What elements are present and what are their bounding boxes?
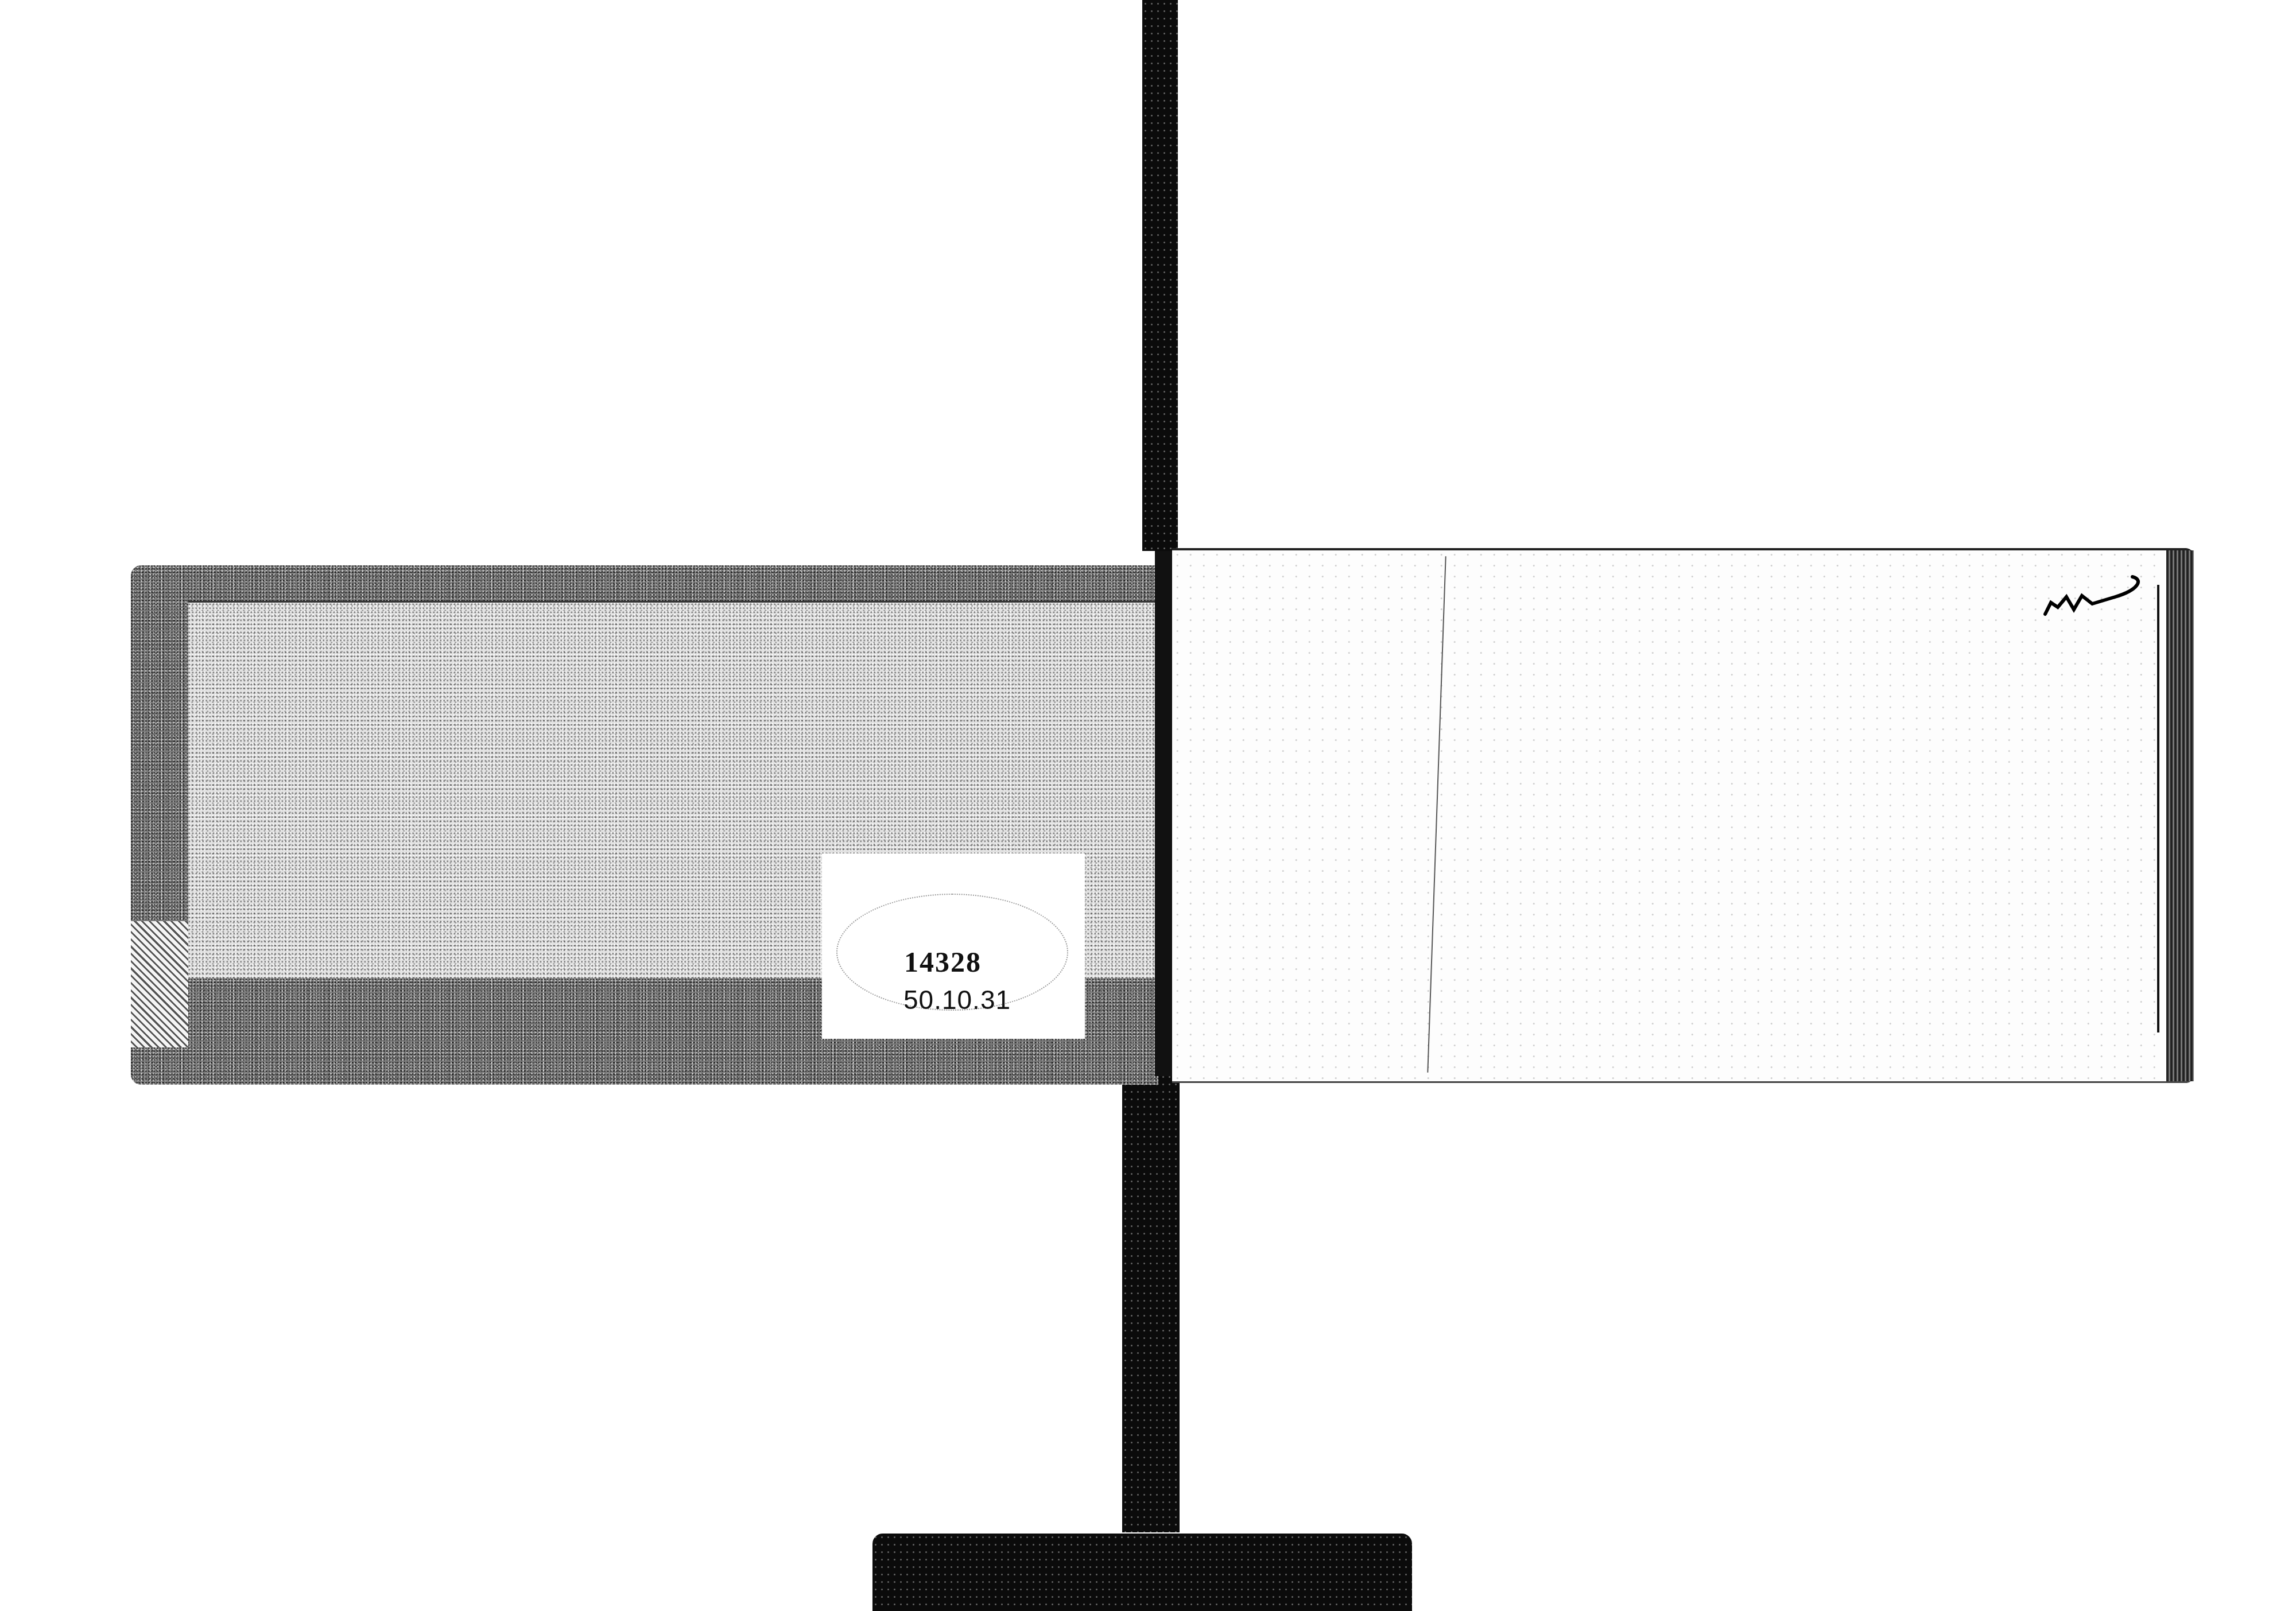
back-cover-edge-damage <box>131 921 188 1047</box>
book-stand-post-lower <box>1122 1073 1180 1532</box>
handwriting-icon <box>2035 574 2161 620</box>
page-right-edge <box>2166 550 2194 1081</box>
accession-number: 14328 <box>904 945 982 979</box>
page-inner-border-line <box>2157 585 2159 1032</box>
accession-date: 50.10.31 <box>903 984 1011 1015</box>
front-page <box>1172 548 2194 1083</box>
book-stand-base <box>872 1534 1412 1611</box>
book-stand-post <box>1142 0 1178 551</box>
binding-gutter <box>1155 551 1172 1076</box>
page-crease <box>1427 556 1446 1073</box>
handwritten-annotation <box>2035 574 2161 620</box>
catalog-label: 14328 50.10.31 <box>822 853 1085 1039</box>
